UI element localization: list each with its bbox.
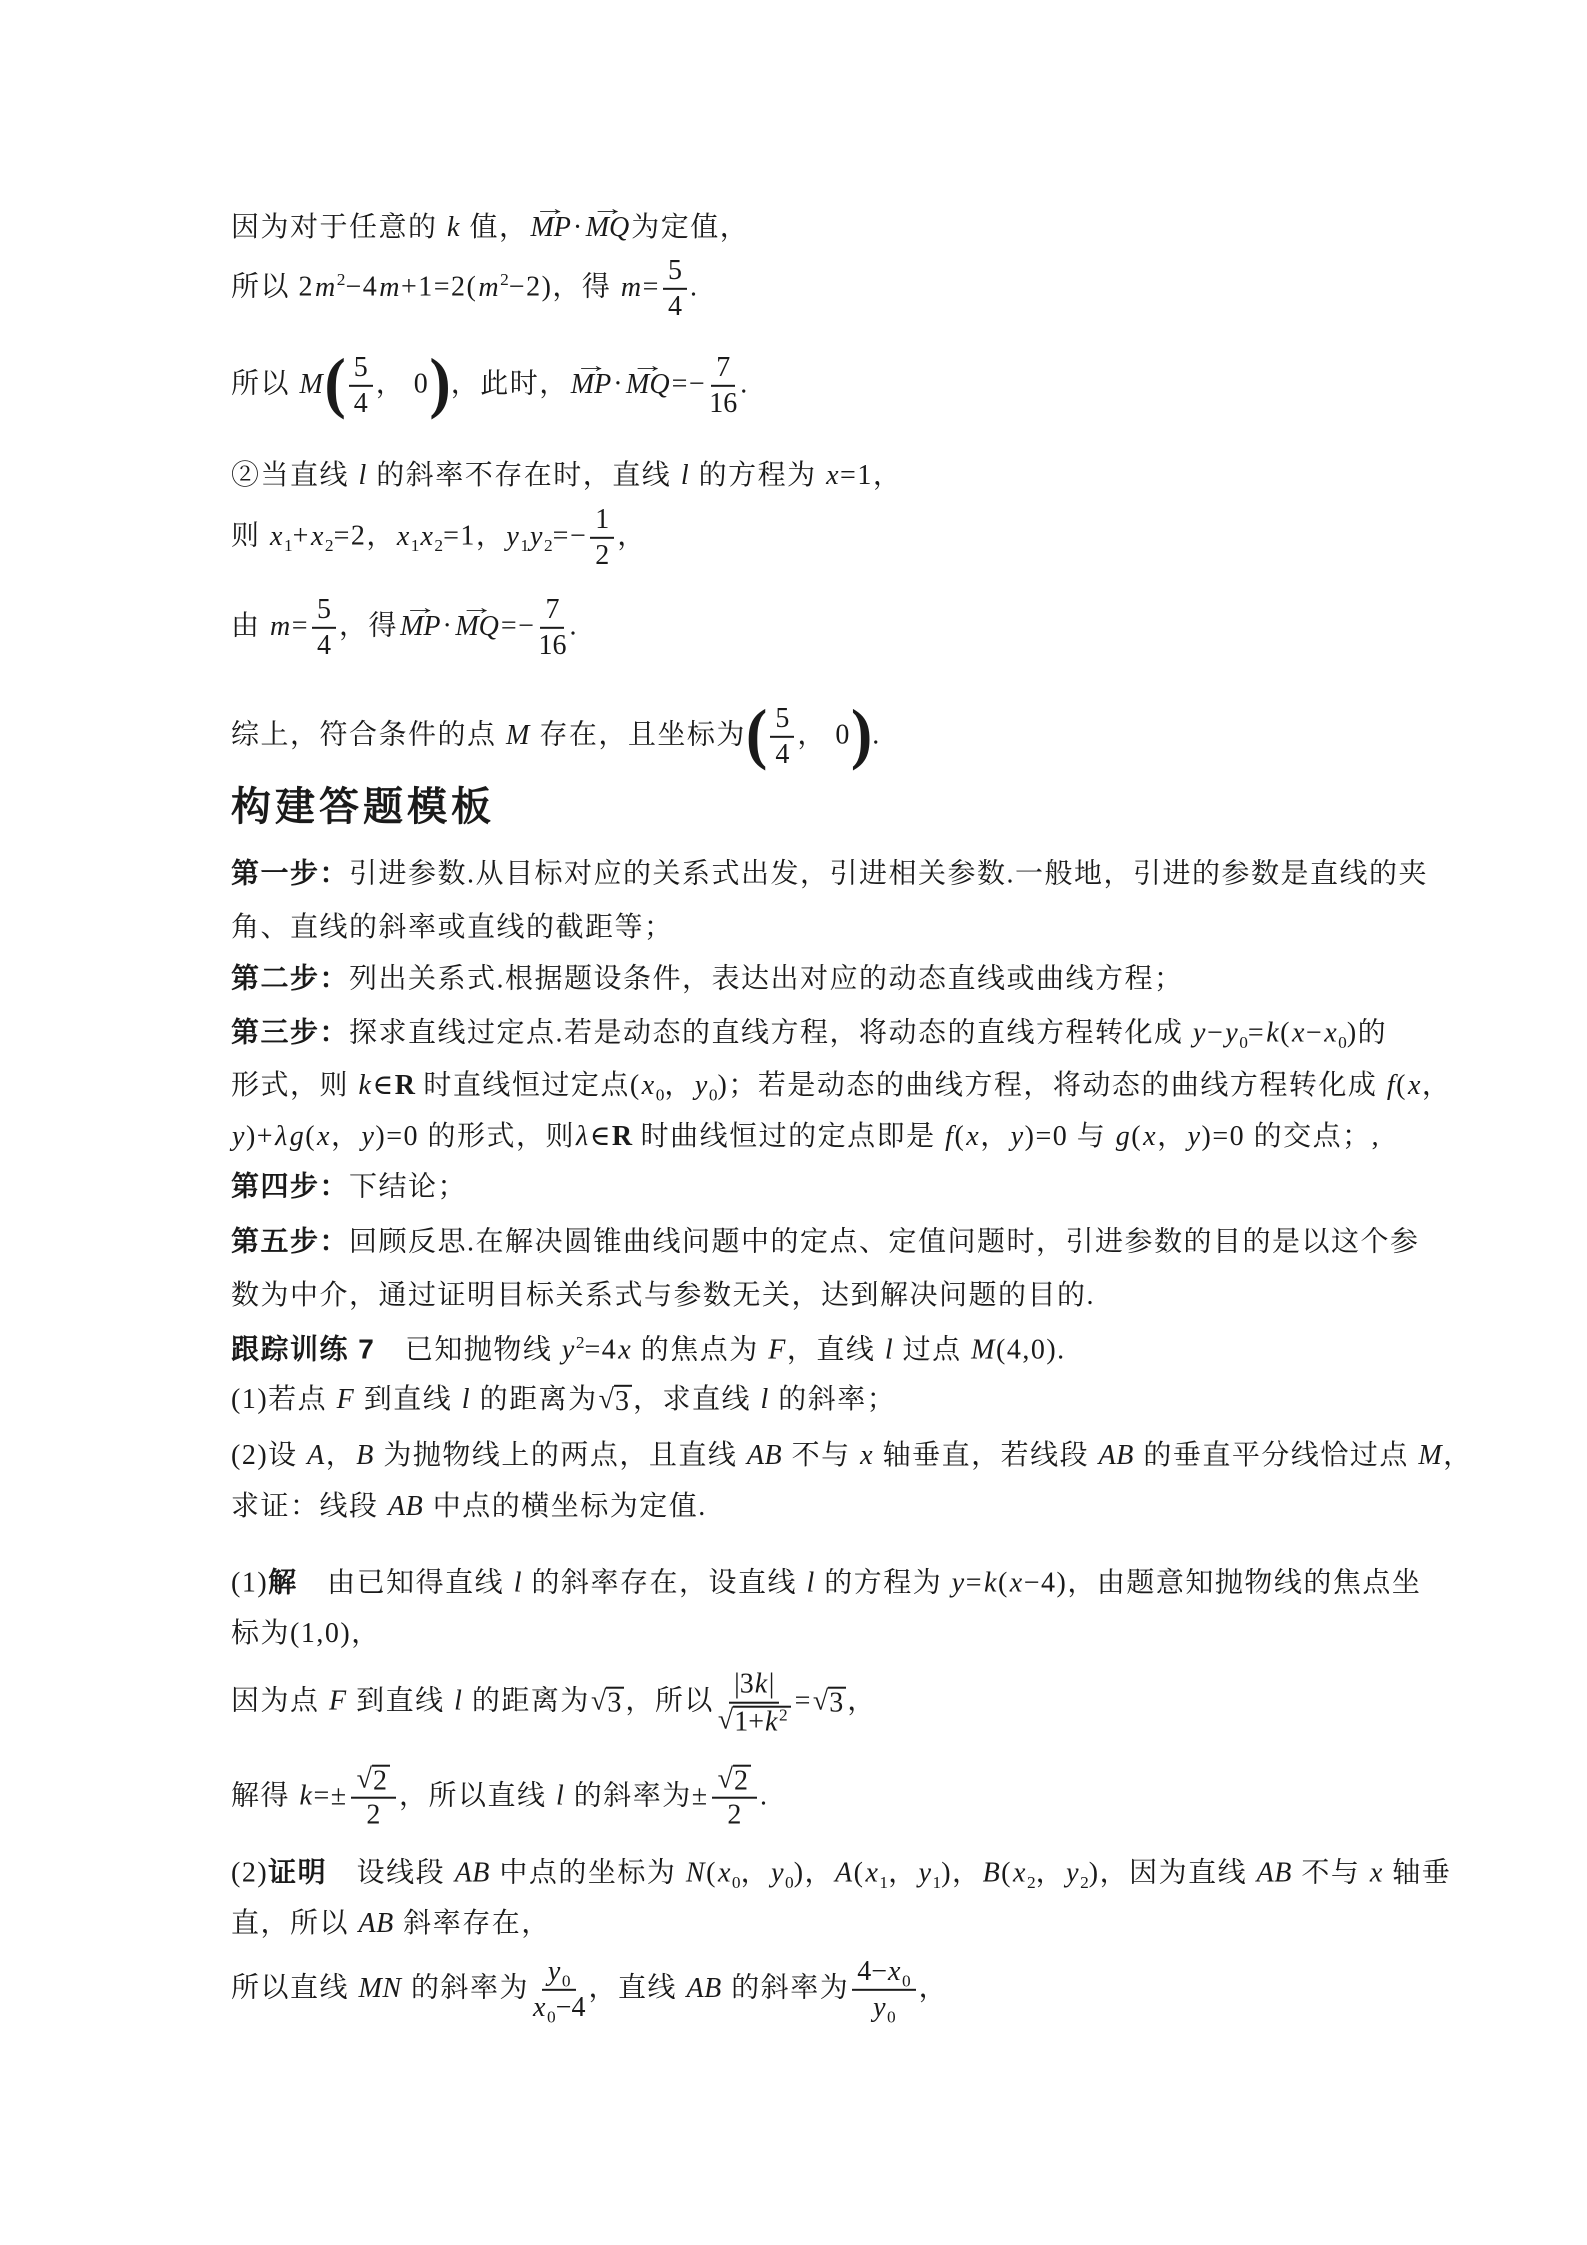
bold-label: 解 [268, 1566, 298, 1597]
text-run: )， [794, 1857, 834, 1888]
doc-line-3: 所以 M(54， 0)，此时，→MP·→MQ=−716. [231, 352, 749, 420]
doc-line-21: 求证：线段 AB 中点的横坐标为定值. [231, 1489, 707, 1525]
text-run: ， [888, 1857, 918, 1888]
text-run: ， [741, 1857, 771, 1888]
text-run: ，求直线 [633, 1384, 760, 1415]
text-run: 则 [231, 520, 269, 551]
fraction: 54 [663, 255, 687, 323]
vector-arrow-icon: → [570, 199, 644, 219]
fraction-numerator: 1 [590, 504, 614, 539]
text-run: (1)若点 [231, 1384, 336, 1415]
fraction: 12 [590, 504, 614, 572]
text-run: 4 [775, 739, 789, 770]
math-variable: x [641, 1070, 656, 1101]
radical-sign: √ [357, 1765, 372, 1794]
text-run: 轴垂 [1384, 1857, 1452, 1888]
text-run: )，因为直线 [1089, 1857, 1256, 1888]
text-run: 的斜率存在，设直线 [523, 1567, 806, 1598]
text-run: )；若是动态的曲线方程，将动态的曲线方程转化成 [718, 1070, 1386, 1101]
text-run: 斜率存在， [395, 1908, 551, 1939]
text-run: 1+ [734, 1707, 764, 1738]
subscript: 1 [933, 1873, 942, 1892]
math-variable: x [1009, 1567, 1024, 1598]
bold-symbol: R [395, 1070, 415, 1101]
fraction-denominator: 2 [366, 1799, 380, 1832]
math-variable: MN [358, 1972, 403, 2003]
text-run: 中点的坐标为 [491, 1857, 685, 1888]
text-run: 16 [709, 388, 737, 419]
doc-line-19: (1)若点 F 到直线 l 的距离为√3，求直线 l 的斜率； [231, 1382, 896, 1418]
text-run: 的距离为 [471, 1384, 598, 1415]
text-run: 角、直线的斜率或直线的截距等； [231, 912, 674, 943]
math-variable: x [617, 1334, 632, 1365]
math-variable: x [310, 520, 325, 551]
text-run: 的距离为 [463, 1685, 590, 1716]
math-variable: k [446, 212, 461, 243]
math-variable: y [1065, 1857, 1080, 1888]
fraction-numerator: 7 [711, 352, 735, 387]
math-variable: k [754, 1669, 769, 1700]
text-run: 2 [734, 1766, 748, 1797]
fraction-numerator: 4−x0 [852, 1956, 915, 1991]
bold-label: 第三步： [231, 1016, 349, 1047]
math-variable: B [355, 1440, 375, 1471]
subscript: 0 [732, 1873, 741, 1892]
text-run: ， 0 [797, 719, 851, 750]
math-variable: x [864, 1857, 879, 1888]
bold-label: 第二步： [231, 962, 349, 993]
subscript: 1 [284, 536, 293, 555]
math-variable: F [336, 1384, 356, 1415]
text-run: ， [1422, 1070, 1452, 1101]
text-run: = [966, 1567, 983, 1598]
doc-line-7: 综上，符合条件的点 M 存在，且坐标为(54， 0). [231, 703, 881, 771]
text-run: 直，所以 [231, 1908, 358, 1939]
radical-sign: √ [718, 1765, 733, 1794]
math-variable: M [1417, 1440, 1443, 1471]
text-run: ∈ [590, 1121, 612, 1152]
text-run: 4 [668, 291, 682, 322]
doc-line-9: 第一步：引进参数.从目标对应的关系式出发，引进相关参数.一般地，引进的参数是直线… [231, 855, 1428, 892]
text-run: = [1248, 1017, 1265, 1048]
math-variable: g [1115, 1121, 1132, 1152]
text-run: | [769, 1669, 775, 1700]
sqrt-radical: √2 [357, 1765, 390, 1796]
fraction-denominator: 2 [595, 539, 609, 572]
text-run: 2 [595, 540, 609, 571]
doc-line-23: 标为(1,0)， [231, 1616, 381, 1652]
text-run: ( [1131, 1121, 1142, 1152]
math-variable: y [1010, 1121, 1025, 1152]
fraction-numerator: 5 [312, 594, 336, 629]
math-variable: x [269, 520, 284, 551]
fraction-denominator: √1+k2 [717, 1704, 792, 1737]
sqrt-radical: √3 [591, 1686, 624, 1717]
doc-line-1: 因为对于任意的 k 值，→MP·→MQ为定值， [231, 210, 749, 246]
bold-symbol: R [612, 1121, 632, 1152]
text-run: = [643, 271, 660, 302]
superscript: 2 [576, 1333, 585, 1352]
subscript: 1 [520, 536, 529, 555]
text-run: =1， [443, 520, 505, 551]
text-run: 列出关系式.根据题设条件，表达出对应的动态直线或曲线方程； [349, 963, 1184, 994]
math-variable: y [951, 1567, 966, 1598]
math-variable: x [1012, 1857, 1027, 1888]
fraction-numerator: y0 [542, 1956, 576, 1991]
subscript: 0 [887, 2008, 896, 2027]
text-run: ， [1443, 1440, 1473, 1471]
math-variable: l [513, 1567, 523, 1598]
radicand: 3 [614, 1385, 632, 1416]
text-run: ∈ [372, 1070, 394, 1101]
text-run: ， [1036, 1857, 1066, 1888]
text-run: )=0 的形式，则 [375, 1121, 575, 1152]
fraction-denominator: x0−4 [532, 1991, 585, 2024]
vector-term: →MP [571, 366, 611, 402]
fraction-denominator: 4 [668, 290, 682, 323]
radical-sign: √ [591, 1686, 606, 1715]
text-run: = [292, 610, 309, 641]
math-variable: l [555, 1780, 565, 1811]
vector-term: →MQ [586, 210, 630, 246]
text-run: (2)设 [231, 1440, 306, 1471]
text-run: 4 [317, 630, 331, 661]
text-run: 为定值， [631, 212, 749, 243]
text-run: ， [664, 1070, 694, 1101]
text-run: 过点 [894, 1334, 970, 1365]
math-variable: m [314, 271, 337, 302]
section-heading: 构建答题模板 [231, 781, 495, 833]
text-run: 4− [857, 1956, 887, 1987]
text-run: 5 [775, 703, 789, 734]
subscript: 0 [785, 1873, 794, 1892]
text-run: ( [706, 1857, 717, 1888]
vector-arrow-icon: → [440, 597, 514, 617]
text-run: ( [1396, 1070, 1407, 1101]
text-run: ( [998, 1567, 1009, 1598]
text-run: 下结论； [349, 1171, 467, 1202]
text-run: 的斜率为 [723, 1972, 850, 2003]
subscript: 2 [325, 536, 334, 555]
fraction: 54 [770, 703, 794, 771]
math-variable: x [1291, 1017, 1306, 1048]
text-run: −2)，得 [509, 271, 620, 302]
doc-line-5: 则 x1+x2=2，x1x2=1，y1y2=−12， [231, 504, 647, 572]
text-run: 不与 [1293, 1857, 1369, 1888]
text-run: ( [305, 1121, 316, 1152]
math-variable: l [358, 460, 368, 491]
text-run: ， [1157, 1121, 1187, 1152]
superscript: 2 [779, 1706, 788, 1725]
text-run: + [293, 520, 310, 551]
math-variable: l [680, 460, 690, 491]
math-variable: y [505, 520, 520, 551]
subscript: 2 [1027, 1873, 1036, 1892]
fraction-denominator: 4 [354, 387, 368, 420]
text-run: 回顾反思.在解决圆锥曲线问题中的定点、定值问题时，引进参数的目的是以这个参 [349, 1226, 1420, 1257]
math-variable: f [1386, 1070, 1396, 1101]
radicand: 2 [733, 1765, 751, 1796]
radicand: 3 [606, 1686, 624, 1717]
math-variable: AB [387, 1491, 424, 1522]
math-variable: l [759, 1384, 769, 1415]
text-run: 2 [727, 1800, 741, 1831]
math-variable: y [231, 1121, 246, 1152]
math-variable: y [1224, 1017, 1239, 1048]
fraction-denominator: 16 [709, 387, 737, 420]
sqrt-radical: √2 [718, 1765, 751, 1796]
text-run: ( [954, 1121, 965, 1152]
text-run: . [740, 368, 749, 399]
fraction: 716 [538, 594, 566, 662]
math-variable: g [289, 1121, 306, 1152]
doc-line-4: ②当直线 l 的斜率不存在时，直线 l 的方程为 x=1， [231, 458, 902, 494]
text-run: 2 [366, 1800, 380, 1831]
fraction-numerator: √2 [351, 1764, 396, 1799]
fraction-denominator: 4 [775, 738, 789, 771]
sqrt-radical: √1+k2 [718, 1706, 791, 1737]
text-run: 16 [538, 630, 566, 661]
text-run: ②当直线 [231, 460, 358, 491]
text-run: )=0 的交点；, [1202, 1121, 1381, 1152]
text-run: 不与 [783, 1440, 859, 1471]
math-variable: AB [746, 1440, 783, 1471]
math-variable: x [887, 1956, 902, 1987]
text-run: 标为(1,0)， [231, 1618, 381, 1649]
fraction-denominator: y0 [872, 1991, 896, 2024]
text-run: 2 [373, 1766, 387, 1797]
text-run: 3 [615, 1386, 629, 1417]
text-run: 引进参数.从目标对应的关系式出发，引进相关参数.一般地，引进的参数是直线的夹 [349, 858, 1428, 889]
fraction: 4−x0y0 [852, 1956, 915, 2024]
math-variable: x [419, 520, 434, 551]
text-run: ，所以直线 [399, 1780, 555, 1811]
text-run: ，所以 [625, 1685, 714, 1716]
math-variable: m [269, 610, 292, 641]
math-variable: k [983, 1567, 998, 1598]
subscript: 2 [1080, 1873, 1089, 1892]
doc-line-18: 跟踪训练 7 已知抛物线 y2=4x 的焦点为 F，直线 l 过点 M(4,0)… [231, 1331, 1066, 1368]
doc-line-28: 所以直线 MN 的斜率为y0x0−4，直线 AB 的斜率为4−x0y0， [231, 1956, 948, 2024]
doc-line-26: (2)证明 设线段 AB 中点的坐标为 N(x0，y0)，A(x1，y1)，B(… [231, 1854, 1451, 1891]
text-run: (1) [231, 1567, 268, 1598]
text-run: 的斜率为± [565, 1780, 708, 1811]
math-variable: AB [1098, 1440, 1135, 1471]
text-run: 5 [354, 352, 368, 383]
text-run: 到直线 [355, 1384, 461, 1415]
doc-line-27: 直，所以 AB 斜率存在， [231, 1906, 551, 1942]
document-page: 因为对于任意的 k 值，→MP·→MQ为定值，所以 2m2−4m+1=2(m2−… [0, 0, 1587, 2245]
text-run: 3 [829, 1687, 843, 1718]
math-variable: y [872, 1992, 887, 2023]
fraction-numerator: 5 [770, 703, 794, 738]
text-run: ，直线 [588, 1972, 685, 2003]
bold-label: 第四步： [231, 1170, 349, 1201]
math-variable: m [378, 271, 401, 302]
sqrt-radical: √3 [813, 1686, 846, 1717]
text-run: )， [941, 1857, 981, 1888]
text-run: 由已知得直线 [298, 1567, 513, 1598]
text-run: )+ [246, 1121, 274, 1152]
text-run: ， [919, 1972, 949, 2003]
text-run: 5 [317, 594, 331, 625]
radical-sign: √ [599, 1385, 614, 1414]
subscript: 0 [562, 1971, 571, 1990]
doc-line-20: (2)设 A，B 为抛物线上的两点，且直线 AB 不与 x 轴垂直，若线段 AB… [231, 1438, 1473, 1474]
math-variable: M [299, 368, 325, 399]
fraction-numerator: 7 [540, 594, 564, 629]
text-run: . [872, 719, 881, 750]
text-run: 设线段 [327, 1857, 454, 1888]
math-variable: y [694, 1070, 709, 1101]
doc-line-16: 第五步：回顾反思.在解决圆锥曲线问题中的定点、定值问题时，引进参数的目的是以这个… [231, 1223, 1420, 1260]
text-run: . [690, 271, 699, 302]
math-variable: AB [1256, 1857, 1293, 1888]
doc-line-12: 第三步：探求直线过定点.若是动态的直线方程，将动态的直线方程转化成 y−y0=k… [231, 1014, 1387, 1051]
text-run: 所以直线 [231, 1972, 358, 2003]
text-run: =± [313, 1780, 347, 1811]
doc-line-10: 角、直线的斜率或直线的截距等； [231, 910, 674, 946]
vector-arrow-icon: → [611, 355, 685, 375]
text-run: 解得 [231, 1780, 299, 1811]
vector-term: →MP [530, 210, 570, 246]
doc-line-15: 第四步：下结论； [231, 1168, 467, 1205]
radicand: 1+k2 [733, 1706, 790, 1737]
superscript: 2 [500, 270, 509, 289]
text-run: 因为点 [231, 1685, 328, 1716]
radicand: 3 [828, 1686, 846, 1717]
math-variable: M [505, 719, 531, 750]
subscript: 0 [547, 2008, 556, 2027]
math-variable: N [685, 1857, 706, 1888]
math-variable: M [970, 1334, 996, 1365]
math-variable: k [299, 1780, 314, 1811]
doc-line-25: 解得 k=±√22，所以直线 l 的斜率为±√22. [231, 1764, 769, 1833]
doc-line-24: 因为点 F 到直线 l 的距离为√3，所以|3k|√1+k2=√3， [231, 1669, 877, 1738]
fraction: √22 [351, 1764, 396, 1833]
text-run: . [569, 610, 578, 641]
text-run: 探求直线过定点.若是动态的直线方程，将动态的直线方程转化成 [349, 1017, 1192, 1048]
vector-term: →MP [400, 608, 440, 644]
fraction-numerator: √2 [712, 1764, 757, 1799]
text-run: 由 [231, 610, 269, 641]
text-run: ， [980, 1121, 1010, 1152]
vector-term: →MQ [626, 366, 670, 402]
text-run: 7 [716, 352, 730, 383]
subscript: 1 [879, 1873, 888, 1892]
fraction-numerator: 5 [349, 352, 373, 387]
text-run: 综上，符合条件的点 [231, 719, 505, 750]
math-variable: k [358, 1070, 373, 1101]
fraction: |3k|√1+k2 [717, 1669, 792, 1738]
subscript: 2 [544, 536, 553, 555]
math-variable: x [859, 1440, 874, 1471]
text-run: 数为中介，通过证明目标关系式与参数无关，达到解决问题的目的. [231, 1280, 1095, 1311]
bold-label: 第五步： [231, 1225, 349, 1256]
text-run: (2) [231, 1857, 268, 1888]
math-variable: x [532, 1992, 547, 2023]
math-variable: f [944, 1121, 954, 1152]
math-variable: F [328, 1685, 348, 1716]
text-run: =− [553, 520, 588, 551]
bold-label: 跟踪训练 7 [231, 1333, 375, 1364]
text-run: +1=2( [401, 271, 477, 302]
text-run: ， [326, 1440, 356, 1471]
text-run: 7 [545, 594, 559, 625]
text-run: = [795, 1685, 812, 1716]
text-run: −4)，由题意知抛物线的焦点坐 [1024, 1567, 1422, 1598]
text-run: 所以 2 [231, 271, 314, 302]
text-run: 求证：线段 [231, 1491, 387, 1522]
fraction-numerator: |3k| [729, 1669, 779, 1704]
math-variable: x [825, 460, 840, 491]
math-variable: k [1265, 1017, 1280, 1048]
text-run: )的 [1347, 1017, 1387, 1048]
fraction: 716 [709, 352, 737, 420]
math-variable: m [477, 271, 500, 302]
text-run: −4 [556, 1992, 586, 2023]
text-run: =2， [334, 520, 396, 551]
math-variable: y [770, 1857, 785, 1888]
doc-line-11: 第二步：列出关系式.根据题设条件，表达出对应的动态直线或曲线方程； [231, 960, 1184, 997]
text-run: 的方程为 [816, 1567, 951, 1598]
math-variable: A [834, 1857, 854, 1888]
subscript: 2 [434, 536, 443, 555]
math-variable: y [918, 1857, 933, 1888]
math-variable: AB [358, 1908, 395, 1939]
math-variable: F [767, 1334, 787, 1365]
subscript: 0 [1239, 1033, 1248, 1052]
fraction: 54 [312, 594, 336, 662]
doc-line-13: 形式，则 k∈R 时直线恒过定点(x0，y0)；若是动态的曲线方程，将动态的曲线… [231, 1068, 1451, 1104]
math-variable: x [1142, 1121, 1157, 1152]
fraction-denominator: 4 [317, 629, 331, 662]
bold-label: 第一步： [231, 857, 349, 888]
text-run: ，此时， [451, 368, 569, 399]
text-run: ( [1001, 1857, 1012, 1888]
radical-sign: √ [813, 1686, 828, 1715]
math-variable: x [965, 1121, 980, 1152]
text-run: 的斜率不存在时，直线 [368, 460, 680, 491]
text-run: 到直线 [348, 1685, 454, 1716]
text-run: 3 [607, 1687, 621, 1718]
math-variable: B [982, 1857, 1002, 1888]
bold-label: 证明 [268, 1856, 327, 1887]
text-run: 轴垂直，若线段 [874, 1440, 1098, 1471]
math-variable: y [360, 1121, 375, 1152]
text-run: 所以 [231, 368, 299, 399]
math-variable: y [561, 1334, 576, 1365]
math-variable: y [1187, 1121, 1202, 1152]
text-run: −4 [345, 271, 378, 302]
doc-line-17: 数为中介，通过证明目标关系式与参数无关，达到解决问题的目的. [231, 1278, 1095, 1314]
fraction: 54 [349, 352, 373, 420]
text-run: )=0 与 [1025, 1121, 1115, 1152]
text-run: 时直线恒过定点( [415, 1070, 641, 1101]
text-run: 的斜率为 [403, 1972, 530, 2003]
fraction-denominator: 2 [727, 1799, 741, 1832]
text-run: |3 [734, 1669, 754, 1700]
text-run: ( [1280, 1017, 1291, 1048]
math-variable: λ [274, 1121, 289, 1152]
math-variable: l [805, 1567, 815, 1598]
text-run: 构建答题模板 [231, 785, 495, 829]
radicand: 2 [372, 1765, 390, 1796]
text-run: 1 [595, 504, 609, 535]
radical-sign: √ [718, 1706, 733, 1735]
text-run: 的方程为 [690, 460, 825, 491]
doc-line-2: 所以 2m2−4m+1=2(m2−2)，得 m=54. [231, 255, 698, 323]
